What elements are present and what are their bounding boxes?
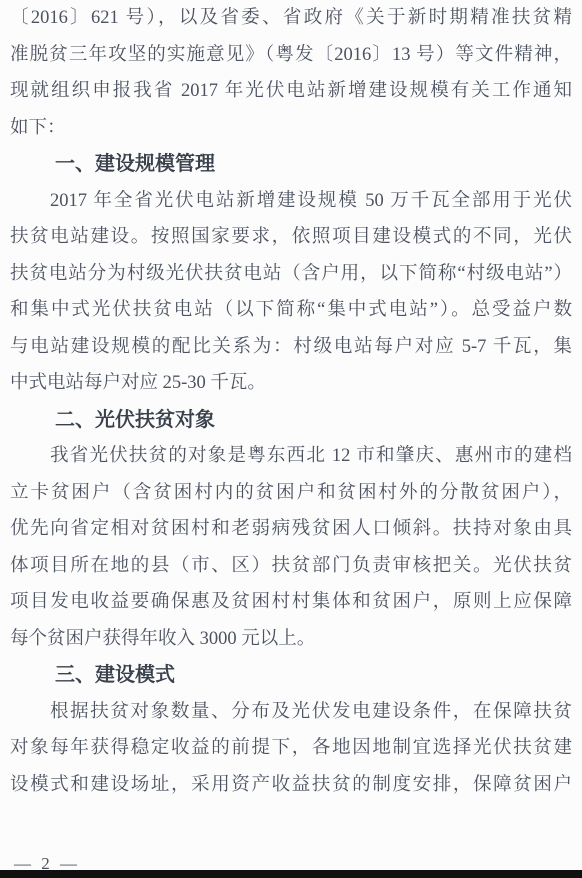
text-line: 与电站建设规模的配比关系为：村级电站每户对应 5-7 千瓦，集: [10, 329, 572, 366]
paragraph-intro: 〔2016〕621 号），以及省委、省政府《关于新时期精准扶贫精 准脱贫三年攻坚…: [10, 0, 572, 146]
section-heading-2: 二、光伏扶贫对象: [10, 402, 572, 439]
text-line: 和集中式光伏扶贫电站（以下简称“集中式电站”）。总受益户数: [10, 292, 572, 329]
text-line: 〔2016〕621 号），以及省委、省政府《关于新时期精准扶贫精: [10, 0, 572, 37]
text-line: 2017 年全省光伏电站新增建设规模 50 万千瓦全部用于光伏: [10, 183, 572, 220]
text-line: 准脱贫三年攻坚的实施意见》（粤发〔2016〕13 号）等文件精神，: [10, 37, 572, 74]
text-line: 优先向省定相对贫困村和老弱病残贫困人口倾斜。扶持对象由具: [10, 511, 572, 548]
paragraph-section-3: 根据扶贫对象数量、分布及光伏发电建设条件，在保障扶贫 对象每年获得稳定收益的前提…: [10, 694, 572, 804]
text-line: 设模式和建设场址，采用资产收益扶贫的制度安排，保障贫困户: [10, 767, 572, 804]
text-line: 现就组织申报我省 2017 年光伏电站新增建设规模有关工作通知: [10, 73, 572, 110]
text-line: 立卡贫困户（含贫困村内的贫困户和贫困村外的分散贫困户），: [10, 475, 572, 512]
paragraph-section-1: 2017 年全省光伏电站新增建设规模 50 万千瓦全部用于光伏 扶贫电站建设。按…: [10, 183, 572, 402]
section-heading-1: 一、建设规模管理: [10, 146, 572, 183]
text-line: 扶贫电站分为村级光伏扶贫电站（含户用，以下简称“村级电站”）: [10, 256, 572, 293]
text-line: 对象每年获得稳定收益的前提下，各地因地制宜选择光伏扶贫建: [10, 730, 572, 767]
text-line: 我省光伏扶贫的对象是粤东西北 12 市和肇庆、惠州市的建档: [10, 438, 572, 475]
document-text-area: 〔2016〕621 号），以及省委、省政府《关于新时期精准扶贫精 准脱贫三年攻坚…: [10, 0, 572, 803]
text-line: 每个贫困户获得年收入 3000 元以上。: [10, 621, 572, 658]
text-line: 根据扶贫对象数量、分布及光伏发电建设条件，在保障扶贫: [10, 694, 572, 731]
text-line: 体项目所在地的县（市、区）扶贫部门负责审核把关。光伏扶贫: [10, 548, 572, 585]
scan-edge-bar: [0, 870, 582, 878]
document-page: 〔2016〕621 号），以及省委、省政府《关于新时期精准扶贫精 准脱贫三年攻坚…: [0, 0, 582, 878]
text-line: 如下：: [10, 110, 572, 147]
text-line: 项目发电收益要确保惠及贫困村村集体和贫困户，原则上应保障: [10, 584, 572, 621]
text-line: 扶贫电站建设。按照国家要求，依照项目建设模式的不同，光伏: [10, 219, 572, 256]
section-heading-3: 三、建设模式: [10, 657, 572, 694]
paragraph-section-2: 我省光伏扶贫的对象是粤东西北 12 市和肇庆、惠州市的建档 立卡贫困户（含贫困村…: [10, 438, 572, 657]
text-line: 中式电站每户对应 25-30 千瓦。: [10, 365, 572, 402]
